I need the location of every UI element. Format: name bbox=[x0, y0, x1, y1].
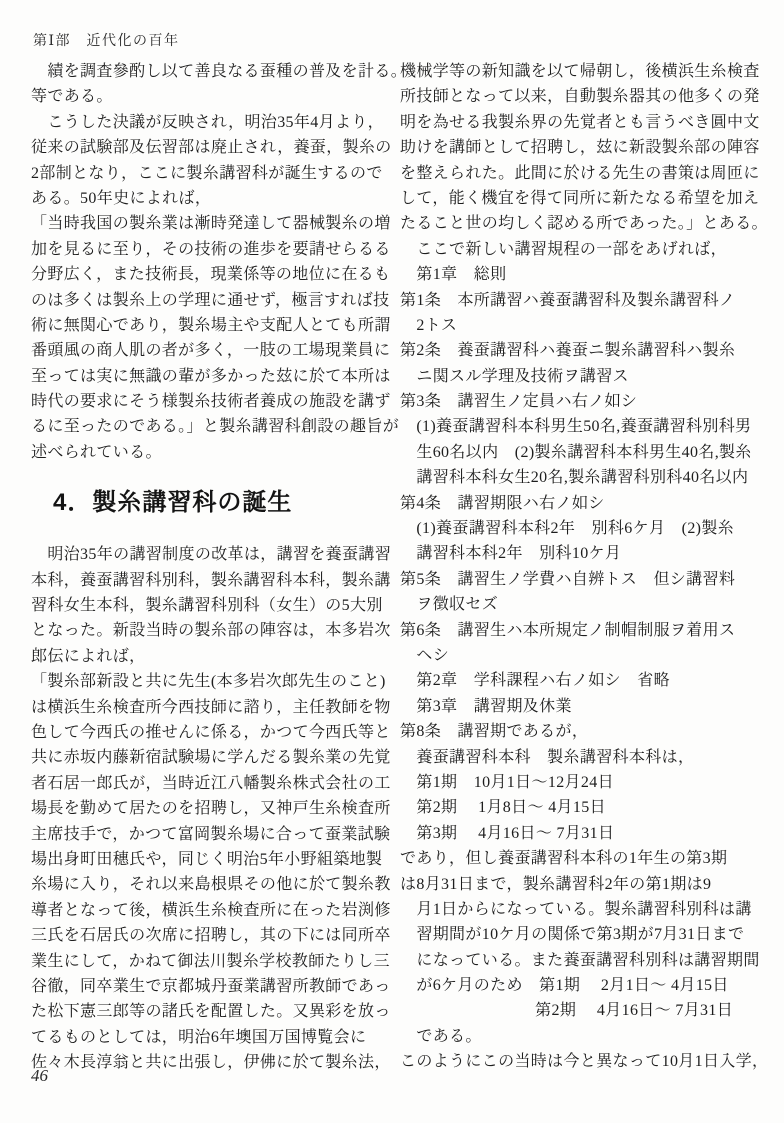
text-line: 郎伝によれば， bbox=[31, 644, 395, 669]
paragraph-block-2: 明治35年の講習制度の改革は，講習を養蚕講習本科，養蚕講習科別科，製糸講習科本科… bbox=[31, 542, 395, 1075]
text-line: 「当時我国の製糸業は漸時発達して器械製糸の増 bbox=[31, 211, 395, 236]
text-line: ヘシ bbox=[400, 643, 764, 668]
text-line: 第3条 講習生ノ定員ハ右ノ如シ bbox=[400, 389, 764, 414]
text-line: 第4条 講習期限ハ右ノ如シ bbox=[400, 491, 764, 516]
text-line: 第8条 講習期であるが， bbox=[400, 719, 764, 744]
text-line: 月1日からになっている。製糸講習科別科は講 bbox=[400, 897, 764, 922]
text-line: 共に赤坂内藤新宿試験場に学んだる製糸業の先覚 bbox=[31, 745, 395, 770]
text-line: 明を為せる我製糸界の先覚者とも言うべき圓中文 bbox=[400, 110, 764, 135]
text-line: 第2期 1月8日～ 4月15日 bbox=[400, 795, 764, 820]
text-line: 色して今西氏の推せんに係る，かつて今西氏等と bbox=[31, 720, 395, 745]
text-line: 者石居一郎氏が，当時近江八幡製糸株式会社の工 bbox=[31, 771, 395, 796]
text-line: 生60名以内 (2)製糸講習科本科男生40名,製糸 bbox=[400, 440, 764, 465]
text-line: 三氏を石居氏の次席に招聘し，其の下には同所卒 bbox=[31, 923, 395, 948]
text-line: が6ケ月のため 第1期 2月1日～ 4月15日 bbox=[400, 973, 764, 998]
text-line: 場長を勤めて居たのを招聘し，又神戸生糸検査所 bbox=[31, 796, 395, 821]
text-line: 第1条 本所講習ハ養蚕講習科及製糸講習科ノ bbox=[400, 288, 764, 313]
text-line: 従来の試験部及伝習部は廃止され，養蚕，製糸の bbox=[31, 135, 395, 160]
text-line: たること世の均しく認める所であった。」とある。 bbox=[400, 211, 764, 236]
text-line: は8月31日まで，製糸講習科2年の第1期は9 bbox=[400, 872, 764, 897]
text-line: た松下憲三郎等の諸氏を配置した。又異彩を放っ bbox=[31, 999, 395, 1024]
text-line: ここで新しい講習規程の一部をあげれば， bbox=[400, 237, 764, 262]
text-line: 績を調査參酌し以て善良なる蚕種の普及を計る。 bbox=[31, 59, 395, 84]
text-line: 養蚕講習科本科 製糸講習科本科は， bbox=[400, 745, 764, 770]
left-column: 績を調査參酌し以て善良なる蚕種の普及を計る。等である。 こうした決議が反映され，… bbox=[31, 59, 395, 1075]
text-line: 第5条 講習生ノ学費ハ自辨トス 但シ講習料 bbox=[400, 567, 764, 592]
page-number: 46 bbox=[31, 1066, 48, 1086]
text-line: 第3期 4月16日～ 7月31日 bbox=[400, 821, 764, 846]
text-line: 第2条 養蚕講習科ハ養蚕ニ製糸講習科ハ製糸 bbox=[400, 338, 764, 363]
text-line: のは多くは製糸上の学理に通せず，極言すれば技 bbox=[31, 288, 395, 313]
text-line: 時代の要求にそう様製糸技術者養成の施設を講ず bbox=[31, 389, 395, 414]
text-line: 業生にして，かねて御法川製糸学校教師たりし三 bbox=[31, 949, 395, 974]
text-line: 述べられている。 bbox=[31, 440, 395, 465]
document-page: 第Ⅰ部 近代化の百年 績を調査參酌し以て善良なる蚕種の普及を計る。等である。 こ… bbox=[0, 0, 784, 1123]
text-line: てるものとしては，明治6年墺国万国博覧会に bbox=[31, 1025, 395, 1050]
text-line: を整えられた。此間に於ける先生の書策は周匝に bbox=[400, 161, 764, 186]
text-line: 所技師となって以来，自動製糸器其の他多くの発 bbox=[400, 84, 764, 109]
text-line: 番頭風の商人肌の者が多く，一肢の工場現業員に bbox=[31, 338, 395, 363]
text-line: 第1期 10月1日～12月24日 bbox=[400, 770, 764, 795]
text-line: である。 bbox=[400, 1024, 764, 1049]
text-line: 至っては実に無識の輩が多かった玆に於て本所は bbox=[31, 364, 395, 389]
text-line: 機械学等の新知識を以て帰朝し，後横浜生糸検査 bbox=[400, 59, 764, 84]
text-line: 2トス bbox=[400, 313, 764, 338]
text-line: こうした決議が反映され，明治35年4月より， bbox=[31, 110, 395, 135]
text-line: 第2期 4月16日～ 7月31日 bbox=[400, 998, 764, 1023]
text-line: 分野広く，また技術長，現業係等の地位に在るも bbox=[31, 262, 395, 287]
text-line: 本科，養蚕講習科別科，製糸講習科本科，製糸講 bbox=[31, 568, 395, 593]
text-line: 等である。 bbox=[31, 84, 395, 109]
text-line: (1)養蚕講習科本科2年 別科6ケ月 (2)製糸 bbox=[400, 516, 764, 541]
text-line: 糸場に入り，それ以来島根県その他に於て製糸教 bbox=[31, 872, 395, 897]
text-line: 主席技手で，かつて富岡製糸場に合って蚕業試験 bbox=[31, 822, 395, 847]
text-line: 第1章 総則 bbox=[400, 262, 764, 287]
text-line: 講習科本科女生20名,製糸講習科別科40名以内 bbox=[400, 465, 764, 490]
text-line: 佐々木長淳翁と共に出張し，伊佛に於て製糸法， bbox=[31, 1050, 395, 1075]
text-line: 第2章 学科課程ハ右ノ如シ 省略 bbox=[400, 668, 764, 693]
text-line: 加を見るに至り，その技術の進歩を要請せらるる bbox=[31, 237, 395, 262]
text-line: ある。50年史によれば， bbox=[31, 186, 395, 211]
text-line: 2部制となり，ここに製糸講習科が誕生するので bbox=[31, 161, 395, 186]
text-line: になっている。また養蚕講習科別科は講習期間 bbox=[400, 948, 764, 973]
text-line: 明治35年の講習制度の改革は，講習を養蚕講習 bbox=[31, 542, 395, 567]
text-line: であり，但し養蚕講習科本科の1年生の第3期 bbox=[400, 846, 764, 871]
text-line: 谷徹，同卒業生で京都城丹蚕業講習所教師であっ bbox=[31, 974, 395, 999]
text-line: 助けを講師として招聘し，玆に新設製糸部の陣容 bbox=[400, 135, 764, 160]
text-line: 第6条 講習生ハ本所規定ノ制帽制服ヲ着用ス bbox=[400, 618, 764, 643]
text-line: は横浜生糸検査所今西技師に諮り，主任教師を物 bbox=[31, 695, 395, 720]
text-line: 場出身町田穗氏や，同じく明治5年小野組築地製 bbox=[31, 847, 395, 872]
text-line: となった。新設当時の製糸部の陣容は，本多岩次 bbox=[31, 618, 395, 643]
text-line: 習科女生本科，製糸講習科別科（女生）の5大別 bbox=[31, 593, 395, 618]
text-line: 導者となって後，横浜生糸検査所に在った岩渕修 bbox=[31, 898, 395, 923]
text-line: (1)養蚕講習科本科男生50名,養蚕講習科別科男 bbox=[400, 414, 764, 439]
right-column: 機械学等の新知識を以て帰朝し，後横浜生糸検査所技師となって以来，自動製糸器其の他… bbox=[400, 59, 764, 1075]
text-line: ニ関スル学理及技術ヲ講習ス bbox=[400, 364, 764, 389]
text-line: して，能く機宜を得て同所に新たなる希望を加え bbox=[400, 186, 764, 211]
text-line: 術に無関心であり，製糸場主や支配人とても所謂 bbox=[31, 313, 395, 338]
text-line: 「製糸部新設と共に先生(本多岩次郎先生のこと) bbox=[31, 669, 395, 694]
text-line: このようにこの当時は今と異なって10月1日入学， bbox=[400, 1049, 764, 1074]
paragraph-block-1: 績を調査參酌し以て善良なる蚕種の普及を計る。等である。 こうした決議が反映され，… bbox=[31, 59, 395, 465]
text-line: 第3章 講習期及休業 bbox=[400, 694, 764, 719]
text-line: 習期間が10ケ月の関係で第3期が7月31日まで bbox=[400, 922, 764, 947]
running-header: 第Ⅰ部 近代化の百年 bbox=[33, 30, 180, 50]
section-heading: 4．製糸講習科の誕生 bbox=[53, 482, 395, 517]
text-line: 講習科本科2年 別科10ケ月 bbox=[400, 541, 764, 566]
text-line: ヲ徴収セズ bbox=[400, 592, 764, 617]
paragraph-block-3: 機械学等の新知識を以て帰朝し，後横浜生糸検査所技師となって以来，自動製糸器其の他… bbox=[400, 59, 764, 1075]
text-line: るに至ったのである。」と製糸講習科創設の趣旨が bbox=[31, 414, 395, 439]
